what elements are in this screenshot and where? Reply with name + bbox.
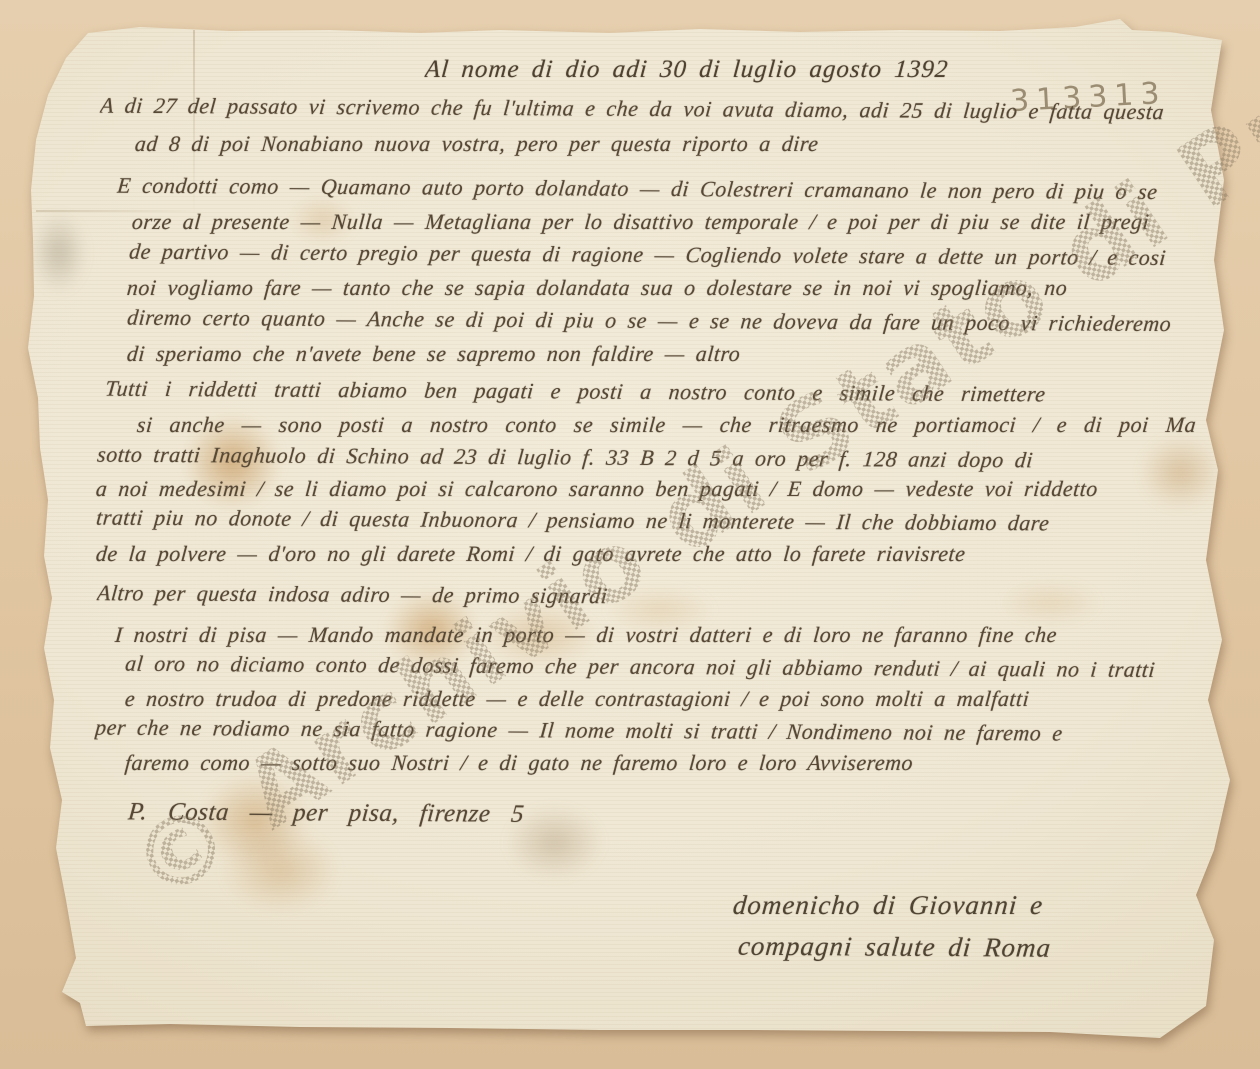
manuscript-line: per che ne rodiamo ne sia fatto ragione … — [94, 715, 1206, 748]
manuscript-line: E condotti como — Quamano auto porto dol… — [116, 173, 1208, 206]
paper-shadow: 313313 Al nome di dio adi 30 di luglio a… — [0, 0, 1260, 1069]
manuscript-line: diremo certo quanto — Anche se di poi di… — [126, 305, 1218, 338]
manuscript-line: si anche — sono posti a nostro conto se … — [136, 412, 1208, 438]
letter-heading: Al nome di dio adi 30 di luglio agosto 1… — [424, 56, 986, 84]
manuscript-line: e nostro trudoa di predone riddette — e … — [124, 686, 1171, 712]
smudge — [24, 200, 94, 305]
manuscript-line: a noi medesimi / se li diamo poi si calc… — [95, 476, 1212, 502]
manuscript-line: de la polvere — d'oro no gli darete Romi… — [95, 541, 1087, 567]
scan-background: 313313 Al nome di dio adi 30 di luglio a… — [0, 0, 1260, 1069]
signature-line: compagni salute di Roma — [737, 931, 1150, 965]
manuscript-line: I nostri di pisa — Mando mandate in port… — [114, 622, 1206, 648]
manuscript-line: noi vogliamo fare — tanto che se sapia d… — [126, 275, 1218, 301]
manuscript-line: Tutti i riddetti tratti abiamo ben pagat… — [104, 376, 1201, 409]
manuscript-line: sotto tratti Inaghuolo di Schino ad 23 d… — [96, 442, 1213, 475]
manuscript-line: ad 8 di poi Nonabiano nuova vostra, pero… — [134, 131, 986, 157]
manuscript-line: tratti piu no donote / di questa Inbuono… — [95, 505, 1212, 538]
letter-paper: 313313 Al nome di dio adi 30 di luglio a… — [0, 0, 1260, 1069]
manuscript-line: de partivo — di certo pregio per questa … — [128, 239, 1215, 272]
address-line: P. Costa — per pisa, firenze 5 — [127, 798, 669, 829]
manuscript-line: orze al presente — Nulla — Metagliana pe… — [131, 209, 1213, 235]
manuscript-line: al oro no diciamo conto de dossi faremo … — [124, 651, 1211, 684]
signature-line: domenicho di Giovanni e — [732, 890, 1075, 921]
manuscript-line: Altro per questa indosa adiro — de primo… — [96, 580, 718, 610]
manuscript-line: faremo como — sotto suo Nostri / e di ga… — [124, 750, 996, 776]
manuscript-line: di speriamo che n'avete bene se sapremo … — [126, 341, 808, 367]
manuscript-line: A di 27 del passato vi scrivemo che fu l… — [99, 93, 1201, 126]
stain — [205, 815, 355, 925]
